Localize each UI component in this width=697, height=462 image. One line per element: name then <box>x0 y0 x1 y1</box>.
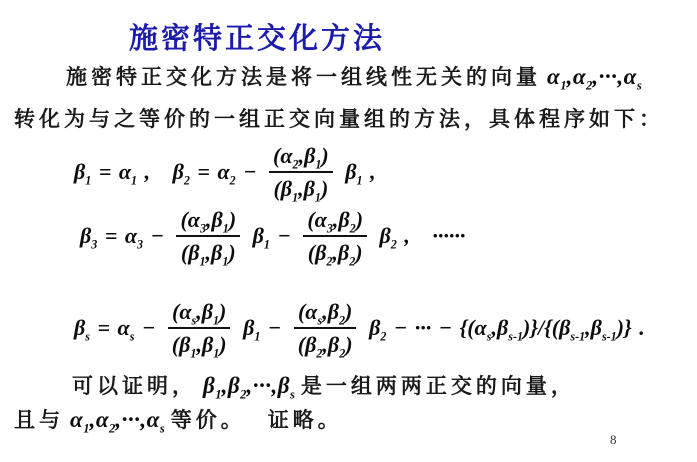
fraction: (α3,β2)(β2,β2) <box>303 206 367 267</box>
subscript: 1 <box>131 173 137 187</box>
math-run: (αs,β2) <box>298 299 352 324</box>
subscript: 2 <box>339 346 345 360</box>
slide: 施密特正交化方法 施密特正交化方法是将一组线性无关的向量α1,α2,···,αs… <box>0 0 697 462</box>
subscript: 1 <box>199 254 205 268</box>
numerator: (α3,β2) <box>303 206 367 238</box>
subscript: s <box>637 79 642 93</box>
subscript: s <box>160 422 165 436</box>
subscript: 2 <box>339 313 345 327</box>
conclusion-line-2: 且与α1,α2,···,αs等价。证略。 <box>14 403 343 440</box>
subscript: 3 <box>327 221 333 235</box>
subscript: 1 <box>315 157 321 171</box>
math-run: (α2,β1) <box>273 143 329 168</box>
math-run: β2 − ··· − {(αs,βs-1)}/{(βs-1,βs-1)} . <box>362 315 645 341</box>
conclusion-line2-math: α1,α2,···,αs <box>70 407 165 432</box>
subscript: 3 <box>137 237 143 251</box>
intro-line1-text: 施密特正交化方法是将一组线性无关的向量 <box>66 65 541 89</box>
subscript: s <box>85 329 90 343</box>
fraction: (αs,β1)(β1,β1) <box>168 298 231 359</box>
subscript: 2 <box>109 422 115 436</box>
subscript: 3 <box>200 221 206 235</box>
numerator: (α3,β1) <box>176 206 240 238</box>
fraction: (αs,β2)(β2,β2) <box>294 298 357 359</box>
subscript: 1 <box>264 237 270 251</box>
subscript: 1 <box>85 173 91 187</box>
math-run: (α3,β1) <box>180 207 236 232</box>
slide-title: 施密特正交化方法 <box>129 16 385 57</box>
subscript: s <box>130 329 135 343</box>
subscript: 2 <box>391 237 397 251</box>
denominator: (β1,β1) <box>269 173 332 203</box>
subscript: 2 <box>293 157 299 171</box>
fraction: (α2,β1)(β1,β1) <box>269 142 333 203</box>
math-run: β2 , ······ <box>372 223 465 249</box>
subscript: 1 <box>560 79 566 93</box>
subscript: 2 <box>350 221 356 235</box>
subscript: s <box>317 313 322 327</box>
math-run: (αs,β1) <box>172 299 226 324</box>
subscript: s <box>290 388 295 402</box>
math-run: β1 − <box>245 223 298 249</box>
conclusion-line2-text-end: 证略。 <box>268 408 343 432</box>
conclusion-line-1: 可以证明，β1,β2,···,βs是一组两两正交的向量， <box>14 369 576 406</box>
subscript: 1 <box>222 254 228 268</box>
numerator: (αs,β1) <box>168 298 230 330</box>
math-run: (β2,β2) <box>298 332 353 357</box>
math-run: (β2,β2) <box>308 240 363 265</box>
fraction: (α3,β1)(β1,β1) <box>176 206 240 267</box>
math-run: β1 = α1 , β2 = α2 − <box>74 159 264 185</box>
subscript: 2 <box>349 254 355 268</box>
numerator: (α2,β1) <box>269 142 333 174</box>
subscript: 1 <box>83 422 89 436</box>
math-run: (β1,β1) <box>273 176 328 201</box>
denominator: (β1,β1) <box>177 237 240 267</box>
subscript: s <box>487 329 492 343</box>
denominator: (β2,β2) <box>304 237 367 267</box>
subscript: 1 <box>215 388 221 402</box>
subscript: s-1 <box>570 329 585 343</box>
math-run: β1 , <box>338 159 376 185</box>
conclusion-line1-text-post: 是一组两两正交的向量， <box>301 374 576 398</box>
conclusion-line2-text-pre: 且与 <box>14 408 64 432</box>
math-run: (β1,β1) <box>172 332 227 357</box>
subscript: 1 <box>213 313 219 327</box>
subscript: 1 <box>315 190 321 204</box>
math-run: α1,α2,···,αs <box>547 64 642 89</box>
subscript: 1 <box>213 346 219 360</box>
formula-beta1-beta2: β1 = α1 , β2 = α2 − (α2,β1)(β1,β1) β1 , <box>74 143 376 201</box>
formula-beta3: β3 = α3 − (α3,β1)(β1,β1) β1 − (α3,β2)(β2… <box>80 206 465 266</box>
subscript: 2 <box>326 254 332 268</box>
math-run: (α3,β2) <box>307 207 363 232</box>
math-run: βs = αs − <box>74 315 163 341</box>
denominator: (β1,β1) <box>168 329 231 359</box>
conclusion-line1-text-pre: 可以证明， <box>72 374 197 398</box>
conclusion-line1-math: β1,β2,···,βs <box>203 373 295 398</box>
math-run: (β1,β1) <box>181 240 236 265</box>
subscript: 2 <box>184 173 190 187</box>
subscript: 2 <box>586 79 592 93</box>
subscript: 3 <box>91 237 97 251</box>
page-number: 8 <box>610 432 617 448</box>
subscript: 2 <box>230 173 236 187</box>
intro-line1-math: α1,α2,···,αs <box>547 64 642 89</box>
subscript: 2 <box>240 388 246 402</box>
subscript: 1 <box>292 190 298 204</box>
subscript: 1 <box>357 173 363 187</box>
subscript: 2 <box>316 346 322 360</box>
formula-beta-s: βs = αs − (αs,β1)(β1,β1) β1 − (αs,β2)(β2… <box>74 294 645 362</box>
intro-line-1: 施密特正交化方法是将一组线性无关的向量α1,α2,···,αs <box>14 60 648 97</box>
math-run: β1 − <box>236 315 289 341</box>
subscript: s-1 <box>508 329 523 343</box>
subscript: 1 <box>190 346 196 360</box>
intro-line-2: 转化为与之等价的一组正交向量组的方法，具体程序如下： <box>14 102 664 136</box>
math-run: α1,α2,···,αs <box>70 407 165 432</box>
subscript: 2 <box>380 329 386 343</box>
subscript: 1 <box>223 221 229 235</box>
subscript: s-1 <box>602 329 617 343</box>
math-run: β3 = α3 − <box>80 223 171 249</box>
subscript: s <box>192 313 197 327</box>
math-run: β1,β2,···,βs <box>203 373 295 398</box>
subscript: 1 <box>254 329 260 343</box>
numerator: (αs,β2) <box>294 298 356 330</box>
denominator: (β2,β2) <box>294 329 357 359</box>
conclusion-line2-text-mid: 等价。 <box>171 408 246 432</box>
